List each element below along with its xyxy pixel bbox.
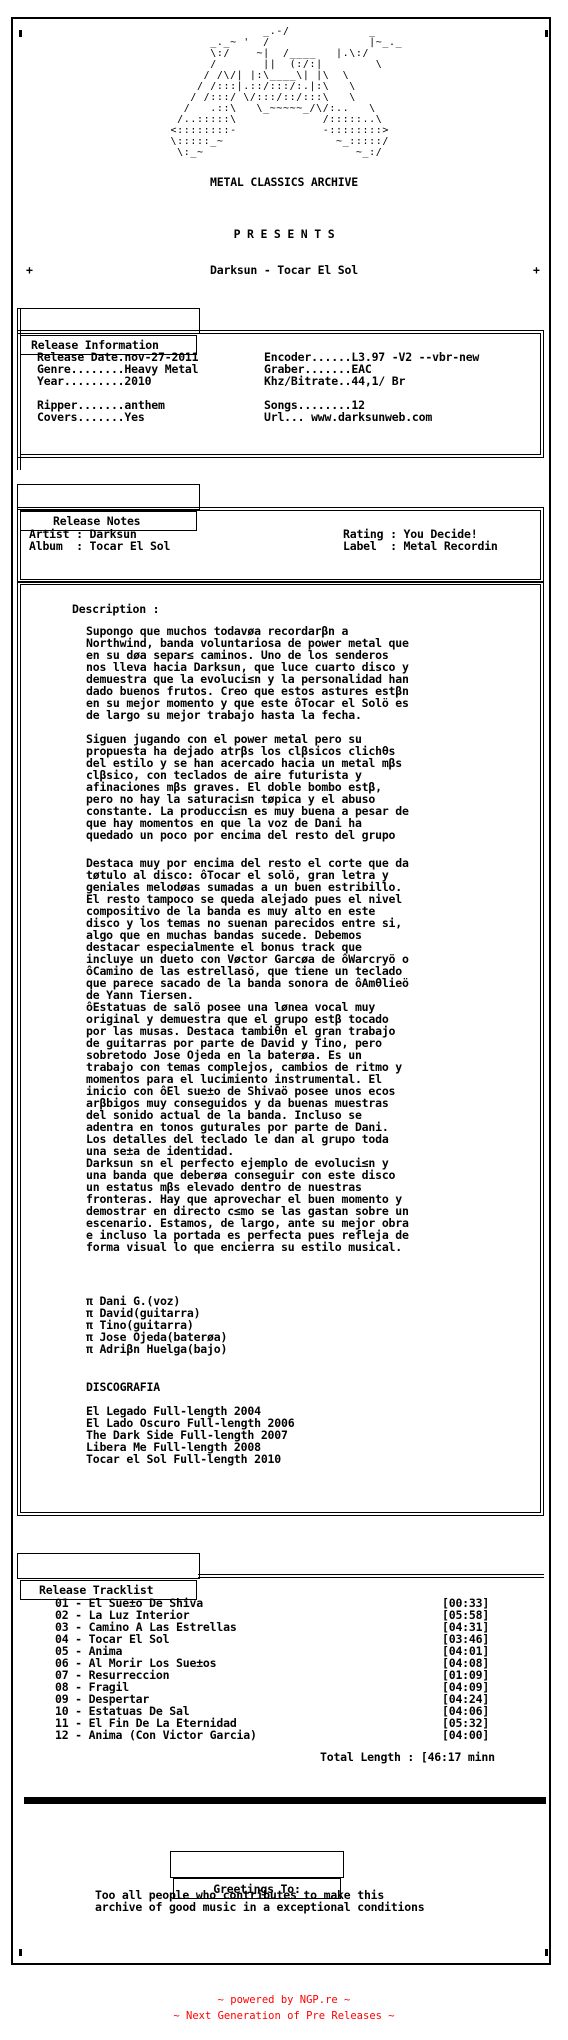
corner-mark-top-right [545,30,548,37]
footer-tagline: ~ Next Generation of Pre Releases ~ [0,2010,568,2022]
description-paragraph: Supongo que muchos todavøa recordarβn a … [86,625,409,721]
description-paragraph: ôEstatuas de salö posee una lønea vocal … [86,1001,402,1157]
track-title: 12 - Anima (Con Victor Garcia) [55,1729,257,1741]
release-info-left: Release Date.nov-27-2011 Genre........He… [37,351,198,423]
archive-name: METAL CLASSICS ARCHIVE [0,176,568,188]
corner-mark-bottom-right [545,1949,548,1956]
release-title: Darksun - Tocar El Sol [0,264,568,276]
description-heading: Description : [72,603,159,615]
total-length: Total Length : [46:17 minn [320,1751,495,1763]
ascii-logo: _.-/ _ _._~ ' / |~_._ \:/ ~| /____ |.\:/… [144,26,424,158]
description-paragraph: Darksun sn el perfecto ejemplo de evoluc… [86,1157,409,1253]
release-info-right: Encoder......L3.97 -V2 --vbr-new Graber.… [264,351,479,423]
description-paragraph: Siguen jugando con el power metal pero s… [86,733,409,841]
tab-rule [198,1574,544,1578]
divider-bar [24,1797,546,1804]
release-information-box: Release Date.nov-27-2011 Genre........He… [17,330,544,458]
footer-powered-by: ~ powered by NGP.re ~ [0,1994,568,2006]
track-length: [04:00] [442,1729,489,1741]
tab-release-tracklist: Release Tracklist [17,1553,200,1579]
greetings-text: Too all people who contributes to make t… [95,1889,424,1913]
corner-mark-bottom-left [19,1949,22,1956]
corner-mark-top-left [19,30,22,37]
presents-heading: P R E S E N T S [0,228,568,240]
label-field: Label : Metal Recordin [343,540,498,552]
release-notes-meta-box: Artist : Darksun Album : Tocar El Sol Ra… [17,507,544,583]
greetings-heading-box: Greetings To: [170,1851,344,1878]
plus-icon: + [533,264,540,276]
discography-heading: DISCOGRAFIA [86,1381,160,1393]
band-members: π Dani G.(voz) π David(guitarra) π Tino(… [86,1295,227,1355]
discography-list: El Legado Full-length 2004 El Lado Oscur… [86,1405,294,1465]
description-paragraph: Destaca muy por encima del resto el cort… [86,857,409,1001]
album-field: Album : Tocar El Sol [29,540,170,552]
